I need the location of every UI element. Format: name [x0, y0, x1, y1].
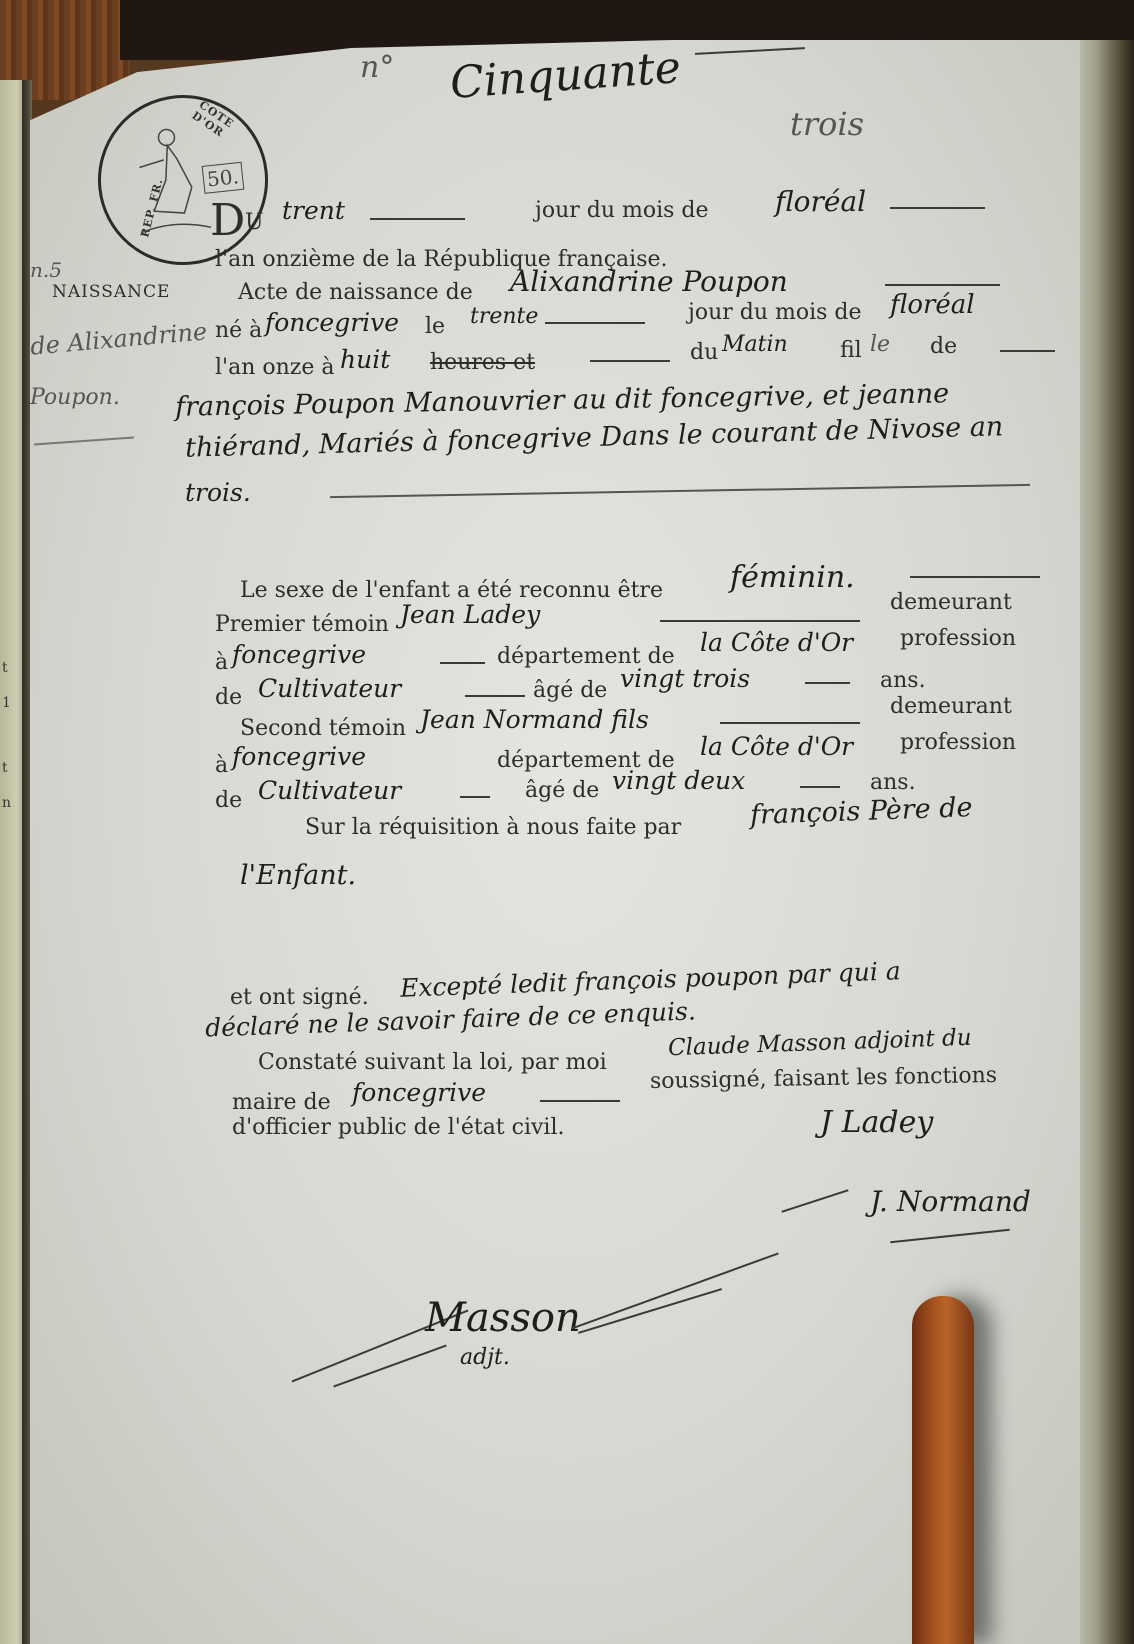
stamp-value: 50. [202, 162, 245, 194]
signature-witness1: J Ladey [820, 1105, 933, 1140]
witness2-profession: Cultivateur [258, 776, 401, 805]
witness2-name: Jean Normand fils [420, 705, 649, 734]
birth-place: foncegrive [265, 308, 399, 337]
witness1-department: la Côte d'Or [700, 628, 853, 657]
birth-day: trente [470, 304, 538, 329]
witness2-place: foncegrive [232, 742, 366, 771]
parents-line3: trois. [185, 478, 251, 507]
signature-witness2: J. Normand [870, 1185, 1031, 1218]
drop-cap: D [210, 195, 245, 246]
time-of-day: Matin [722, 332, 788, 357]
witness1-name: Jean Ladey [400, 600, 540, 629]
signature-officer-title: adjt. [460, 1345, 510, 1370]
page-number-suffix: trois [790, 105, 864, 143]
witness1-profession: Cultivateur [258, 674, 401, 703]
month-field: floréal [775, 185, 866, 218]
declarant-relation: l'Enfant. [240, 860, 356, 891]
entry-number: n.5 [30, 258, 62, 282]
page-stack-edge [1080, 40, 1134, 1644]
margin-name-line2: Poupon. [30, 385, 120, 410]
birth-month: floréal [890, 290, 975, 320]
signature-officer: Masson [425, 1295, 581, 1341]
wooden-page-holder [912, 1296, 974, 1644]
witness1-label: Premier témoin [215, 612, 389, 637]
witness2-age: vingt deux [612, 766, 745, 795]
sex-value: féminin. [730, 560, 855, 595]
photo-scene: t 1 t n n° Cinquante trois REP. FR. COTE… [0, 0, 1134, 1644]
commune-name: foncegrive [352, 1078, 486, 1107]
requisition-label: Sur la réquisition à nous faite par [305, 815, 681, 840]
child-name: Alixandrine Poupon [510, 265, 788, 298]
birth-hour: huit [340, 345, 390, 374]
margin-heading: NAISSANCE [52, 282, 170, 302]
witness2-department: la Côte d'Or [700, 732, 853, 761]
witness1-age: vingt trois [620, 664, 750, 693]
signed-label: et ont signé. [230, 985, 369, 1010]
day-field: trent [282, 196, 345, 225]
witness1-place: foncegrive [232, 640, 366, 669]
witness2-label: Second témoin [240, 716, 406, 741]
page-number-prefix: n° [360, 50, 394, 85]
certification-label: Constaté suivant la loi, par moi [258, 1050, 607, 1075]
